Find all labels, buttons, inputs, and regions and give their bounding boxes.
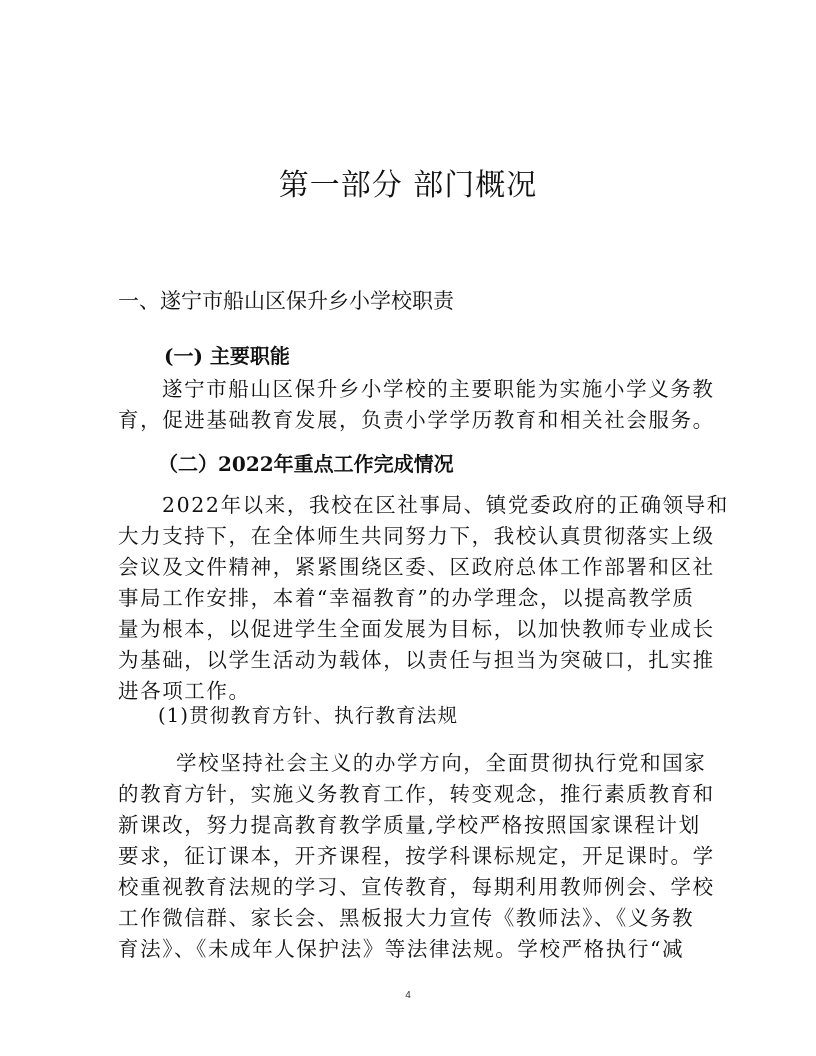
text-line: 要求，征订课本，开齐课程，按学科课标规定，开足课时。学: [118, 841, 700, 872]
section-heading: 一、遂宁市船山区保升乡小学校职责: [118, 285, 454, 315]
text-line: 事局工作安排，本着“幸福教育”的办学理念，以提高教学质: [118, 583, 700, 614]
text-line: 会议及文件精神，紧紧围绕区委、区政府总体工作部署和区社: [118, 552, 700, 583]
text-line: 大力支持下，在全体师生共同努力下，我校认真贯彻落实上级: [118, 521, 700, 552]
text-line: 新课改，努力提高教育教学质量,学校严格按照国家课程计划: [118, 810, 700, 841]
text-line: 量为根本，以促进学生全面发展为目标，以加快教师专业成长: [118, 614, 700, 645]
subsection-heading-2022-work: （二）2022年重点工作完成情况: [158, 448, 454, 477]
text-line: 2022年以来，我校在区社事局、镇党委政府的正确领导和: [118, 490, 700, 521]
education-policy-paragraph: 学校坚持社会主义的办学方向，全面贯彻执行党和国家 的教育方针，实施义务教育工作，…: [118, 748, 700, 965]
text-line: 校重视教育法规的学习、宣传教育，每期利用教师例会、学校: [118, 872, 700, 903]
page-number: 4: [0, 990, 816, 1001]
part-title: 第一部分 部门概况: [0, 160, 816, 204]
document-page: 第一部分 部门概况 一、遂宁市船山区保升乡小学校职责 (一) 主要职能 遂宁市船…: [0, 0, 816, 1056]
main-functions-paragraph: 遂宁市船山区保升乡小学校的主要职能为实施小学义务教 育，促进基础教育发展，负责小…: [118, 374, 700, 436]
work-summary-paragraph: 2022年以来，我校在区社事局、镇党委政府的正确领导和 大力支持下，在全体师生共…: [118, 490, 700, 707]
text-line: 育法》、《未成年人保护法》等法律法规。学校严格执行“减: [118, 934, 700, 965]
text-line: 遂宁市船山区保升乡小学校的主要职能为实施小学义务教: [118, 374, 700, 405]
text-line: 工作微信群、家长会、黑板报大力宣传《教师法》、《义务教: [118, 903, 700, 934]
item1-heading: (1)贯彻教育方针、执行教育法规: [158, 700, 740, 731]
text-line: 学校坚持社会主义的办学方向，全面贯彻执行党和国家: [118, 748, 700, 779]
text-line: 育，促进基础教育发展，负责小学学历教育和相关社会服务。: [118, 405, 700, 436]
text-line: 为基础，以学生活动为载体，以责任与担当为突破口，扎实推: [118, 645, 700, 676]
subsection-heading-main-functions: (一) 主要职能: [164, 340, 290, 369]
text-line: 的教育方针，实施义务教育工作，转变观念，推行素质教育和: [118, 779, 700, 810]
